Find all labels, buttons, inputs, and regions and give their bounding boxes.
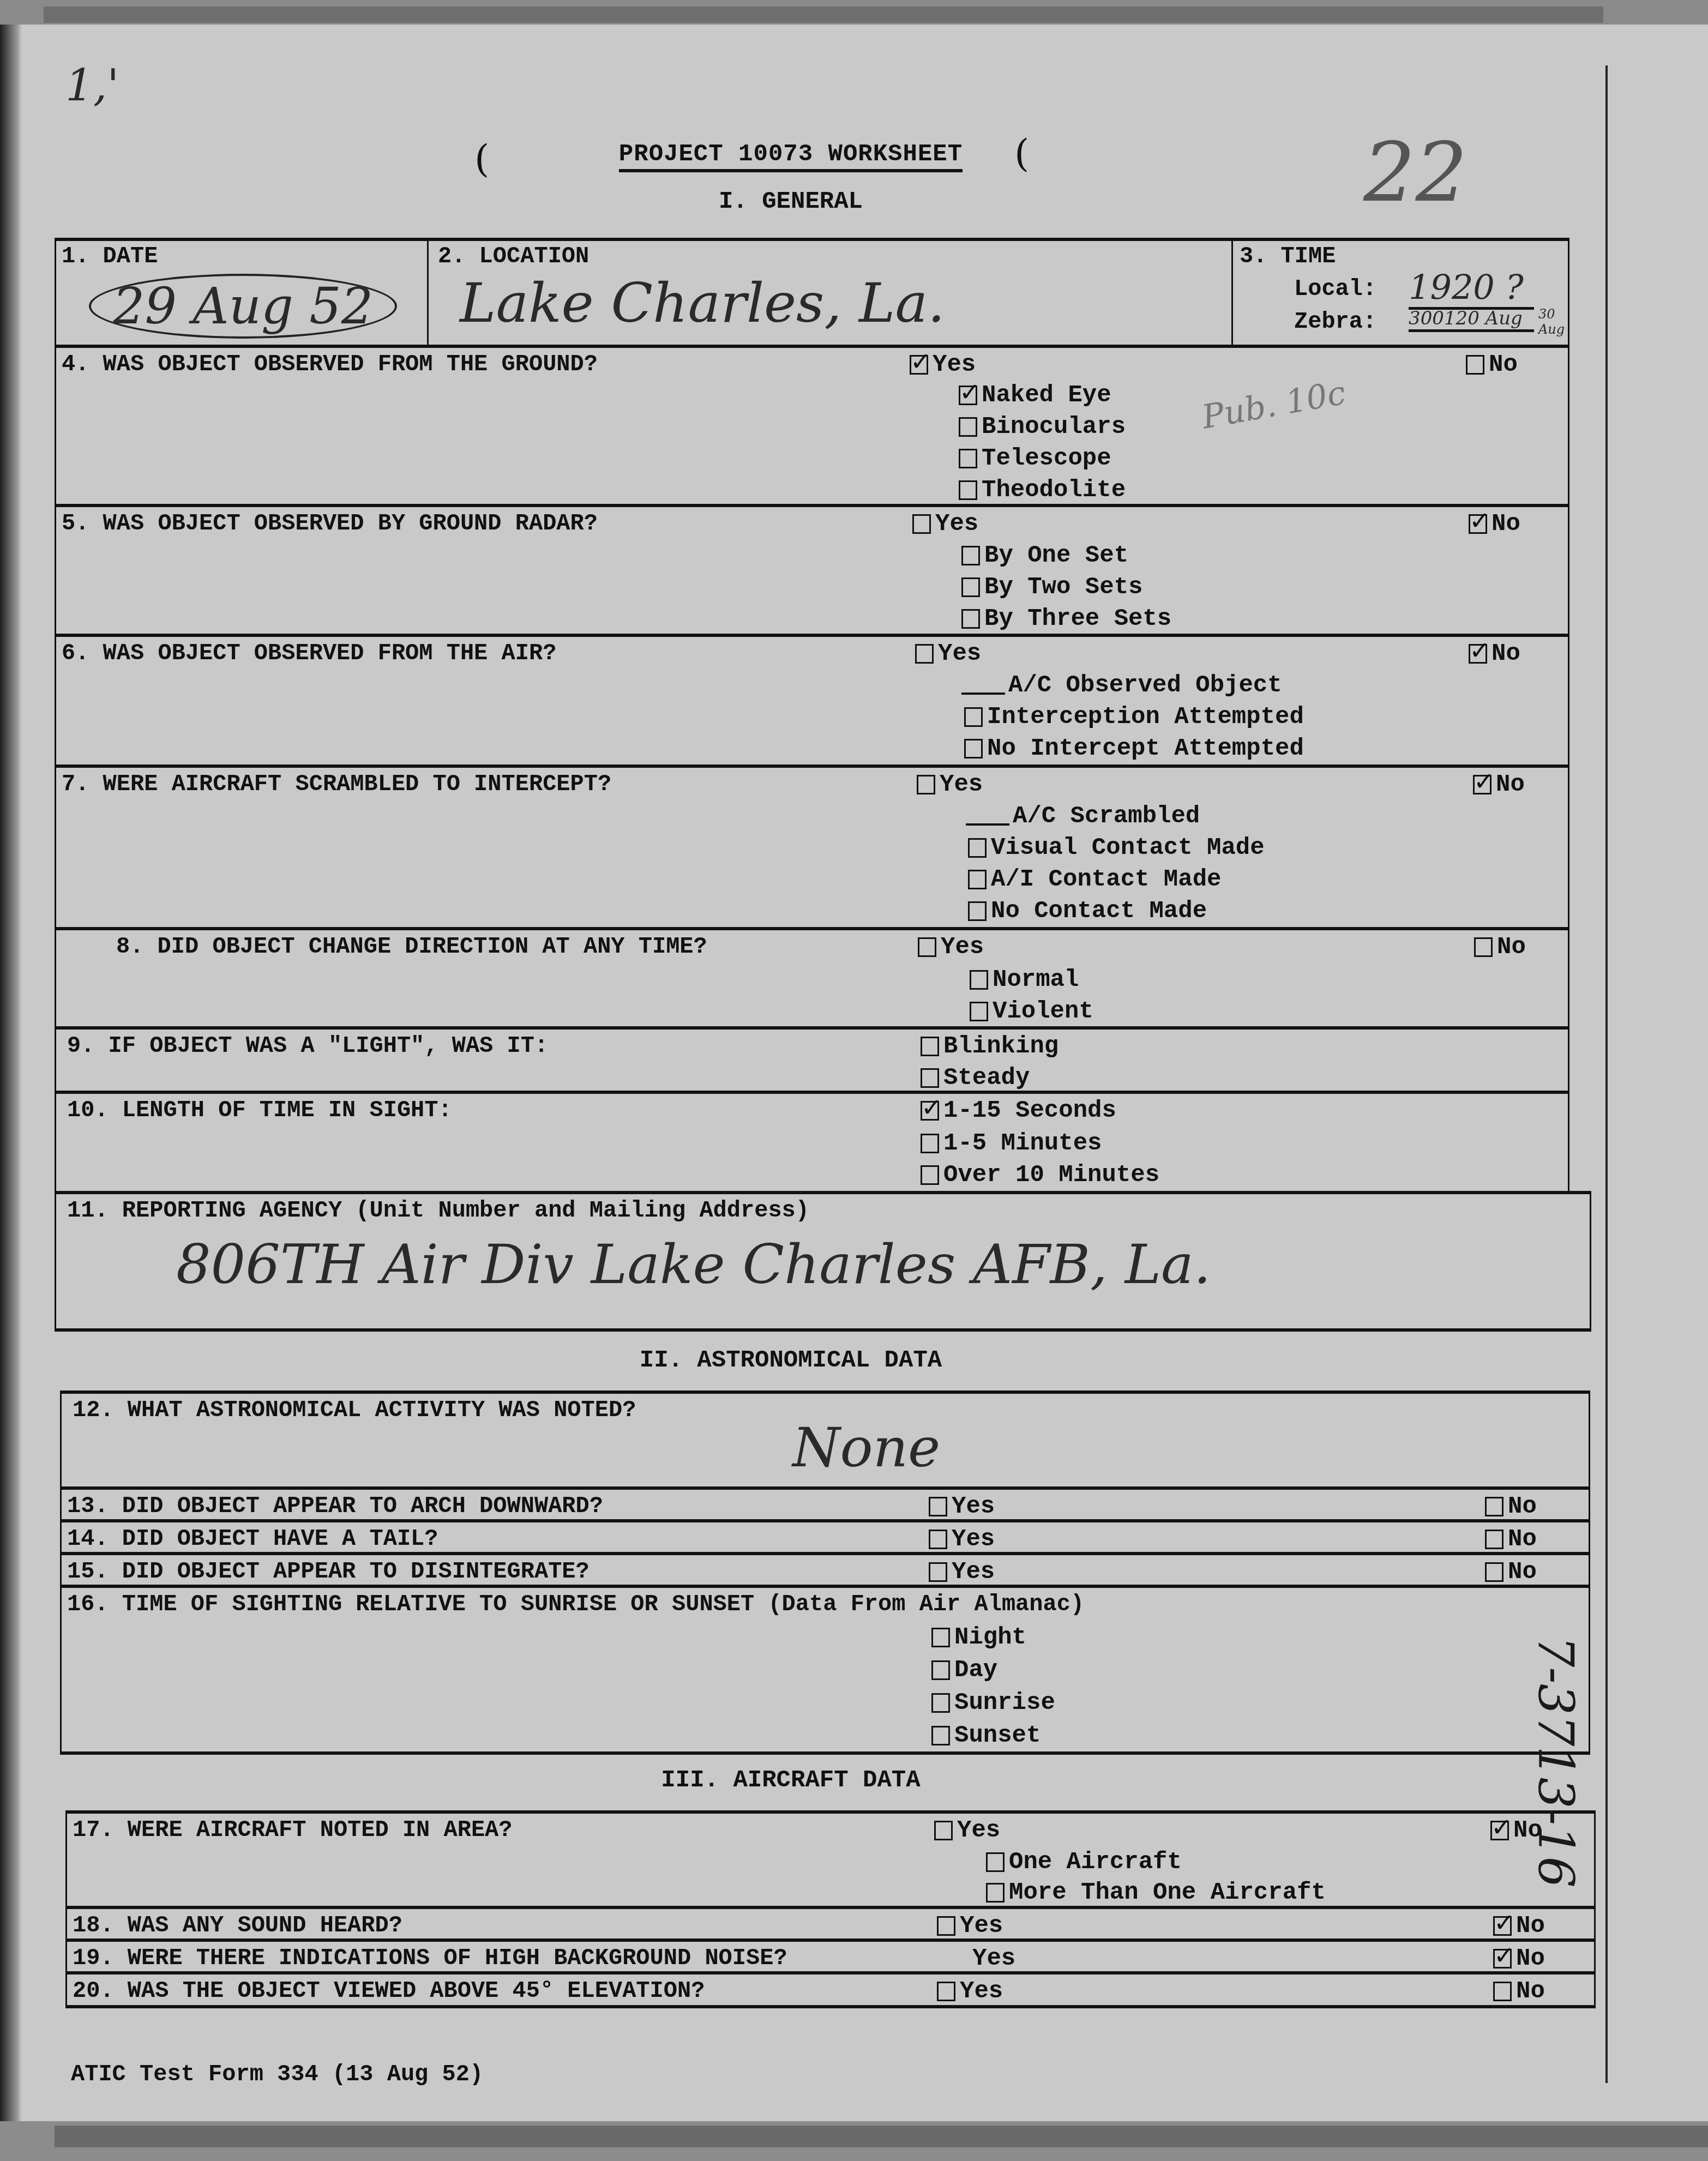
location-value[interactable]: Lake Charles, La. bbox=[460, 271, 945, 335]
q16-label: 16. TIME OF SIGHTING RELATIVE TO SUNRISE… bbox=[67, 1591, 1084, 1617]
checkbox-icon[interactable] bbox=[921, 1068, 939, 1088]
checkbox-checked-icon[interactable] bbox=[1473, 775, 1492, 794]
question-9: 9. IF OBJECT WAS A "LIGHT", WAS IT: Blin… bbox=[55, 1026, 1569, 1094]
q14-yes[interactable]: Yes bbox=[929, 1526, 995, 1553]
q4-no[interactable]: No bbox=[1466, 351, 1518, 378]
scan-left-edge bbox=[0, 25, 22, 2151]
q7-label: 7. WERE AIRCRAFT SCRAMBLED TO INTERCEPT? bbox=[62, 771, 611, 797]
question-10: 10. LENGTH OF TIME IN SIGHT: 1-15 Second… bbox=[55, 1091, 1569, 1194]
local-time-value[interactable]: 1920 ? bbox=[1409, 267, 1534, 310]
margin-initials: Pub. 10c bbox=[1199, 374, 1349, 436]
q7-visual-contact[interactable]: Visual Contact Made bbox=[968, 834, 1265, 862]
q4-binoculars[interactable]: Binoculars bbox=[959, 413, 1126, 441]
q11-label: 11. REPORTING AGENCY (Unit Number and Ma… bbox=[67, 1197, 809, 1224]
question-15: 15. DID OBJECT APPEAR TO DISINTEGRATE? Y… bbox=[60, 1552, 1590, 1588]
checkbox-icon[interactable] bbox=[1466, 355, 1484, 375]
q15-label: 15. DID OBJECT APPEAR TO DISINTEGRATE? bbox=[67, 1558, 590, 1585]
checkbox-icon[interactable] bbox=[959, 449, 977, 468]
q17-one-aircraft[interactable]: One Aircraft bbox=[986, 1849, 1182, 1876]
section-astronomical: II. ASTRONOMICAL DATA bbox=[0, 1347, 1581, 1374]
q9-steady[interactable]: Steady bbox=[921, 1064, 1030, 1092]
checkbox-icon[interactable] bbox=[921, 1134, 939, 1153]
q19-label: 19. WERE THERE INDICATIONS OF HIGH BACKG… bbox=[73, 1945, 787, 1971]
form-id: ATIC Test Form 334 (13 Aug 52) bbox=[71, 2061, 483, 2087]
question-14: 14. DID OBJECT HAVE A TAIL? Yes No bbox=[60, 1519, 1590, 1555]
checkbox-icon[interactable] bbox=[934, 1821, 953, 1840]
q13-label: 13. DID OBJECT APPEAR TO ARCH DOWNWARD? bbox=[67, 1493, 603, 1519]
page-right-edge bbox=[1605, 65, 1608, 2083]
checkbox-checked-icon[interactable] bbox=[1469, 644, 1487, 664]
date-value[interactable]: 29 Aug 52 bbox=[89, 274, 397, 339]
checkbox-icon[interactable] bbox=[1485, 1530, 1503, 1549]
q13-no[interactable]: No bbox=[1485, 1493, 1537, 1520]
checkbox-icon[interactable] bbox=[959, 480, 977, 500]
checkbox-checked-icon[interactable] bbox=[910, 355, 928, 375]
astronomical-activity-value[interactable]: None bbox=[792, 1416, 940, 1479]
q5-label: 5. WAS OBJECT OBSERVED BY GROUND RADAR? bbox=[62, 510, 598, 537]
q6-label: 6. WAS OBJECT OBSERVED FROM THE AIR? bbox=[62, 640, 556, 666]
checkbox-icon[interactable] bbox=[929, 1562, 947, 1582]
checkbox-checked-icon[interactable] bbox=[1493, 1949, 1512, 1969]
q7-no-contact[interactable]: No Contact Made bbox=[968, 898, 1207, 925]
checkbox-icon[interactable] bbox=[929, 1530, 947, 1549]
q10-1-15-seconds[interactable]: 1-15 Seconds bbox=[921, 1097, 1116, 1124]
q15-yes[interactable]: Yes bbox=[929, 1558, 995, 1586]
q19-yes[interactable]: Yes bbox=[972, 1945, 1015, 1972]
q16-sunset[interactable]: Sunset bbox=[931, 1722, 1041, 1749]
margin-reference-number: 7-3713-16 bbox=[1527, 1636, 1584, 1888]
reporting-agency-value[interactable]: 806TH Air Div Lake Charles AFB, La. bbox=[176, 1232, 1211, 1296]
checkbox-icon[interactable] bbox=[986, 1852, 1005, 1872]
checkbox-icon[interactable] bbox=[929, 1497, 947, 1516]
q14-label: 14. DID OBJECT HAVE A TAIL? bbox=[67, 1526, 438, 1552]
checkbox-icon[interactable] bbox=[931, 1726, 950, 1745]
general-info-box: 1. DATE 29 Aug 52 2. LOCATION Lake Charl… bbox=[55, 238, 1569, 348]
checkbox-icon[interactable] bbox=[921, 1037, 939, 1056]
q20-label: 20. WAS THE OBJECT VIEWED ABOVE 45° ELEV… bbox=[73, 1978, 705, 2004]
q14-no[interactable]: No bbox=[1485, 1526, 1537, 1553]
corner-mark: 1,' bbox=[65, 60, 119, 111]
question-17: 17. WERE AIRCRAFT NOTED IN AREA? Yes No … bbox=[65, 1810, 1596, 1909]
checkbox-icon[interactable] bbox=[937, 1982, 955, 2001]
question-16: 16. TIME OF SIGHTING RELATIVE TO SUNRISE… bbox=[60, 1585, 1590, 1755]
question-12: 12. WHAT ASTRONOMICAL ACTIVITY WAS NOTED… bbox=[60, 1390, 1590, 1490]
question-19: 19. WERE THERE INDICATIONS OF HIGH BACKG… bbox=[65, 1939, 1596, 1975]
checkbox-icon[interactable] bbox=[970, 970, 988, 990]
q8-violent[interactable]: Violent bbox=[970, 998, 1093, 1025]
q8-yes[interactable]: Yes bbox=[918, 934, 984, 961]
q12-label: 12. WHAT ASTRONOMICAL ACTIVITY WAS NOTED… bbox=[73, 1397, 636, 1423]
q18-yes[interactable]: Yes bbox=[937, 1912, 1003, 1940]
q19-no[interactable]: No bbox=[1493, 1945, 1545, 1972]
q5-two-sets[interactable]: By Two Sets bbox=[961, 574, 1142, 601]
q5-yes[interactable]: Yes bbox=[912, 510, 978, 538]
checkbox-icon[interactable] bbox=[937, 1916, 955, 1936]
q6-yes[interactable]: Yes bbox=[915, 640, 981, 667]
zebra-time-value[interactable]: 300120 Aug bbox=[1409, 308, 1534, 332]
section-general: I. GENERAL bbox=[0, 188, 1581, 215]
checkbox-icon[interactable] bbox=[921, 1165, 939, 1185]
q4-theodolite[interactable]: Theodolite bbox=[959, 477, 1126, 504]
q4-telescope[interactable]: Telescope bbox=[959, 445, 1111, 472]
checkbox-icon[interactable] bbox=[964, 707, 983, 727]
question-7: 7. WERE AIRCRAFT SCRAMBLED TO INTERCEPT?… bbox=[55, 765, 1569, 930]
q9-blinking[interactable]: Blinking bbox=[921, 1033, 1059, 1060]
q9-label: 9. IF OBJECT WAS A "LIGHT", WAS IT: bbox=[67, 1033, 548, 1059]
q7-ai-contact[interactable]: A/I Contact Made bbox=[968, 866, 1221, 893]
question-18: 18. WAS ANY SOUND HEARD? Yes No bbox=[65, 1906, 1596, 1942]
location-label: 2. LOCATION bbox=[438, 243, 589, 269]
checkbox-icon[interactable] bbox=[915, 644, 934, 664]
checkbox-icon[interactable] bbox=[912, 514, 931, 534]
question-8: 8. DID OBJECT CHANGE DIRECTION AT ANY TI… bbox=[55, 927, 1569, 1030]
q7-no[interactable]: No bbox=[1473, 771, 1525, 798]
checkbox-icon[interactable] bbox=[959, 417, 977, 437]
checkbox-checked-icon[interactable] bbox=[1469, 514, 1487, 534]
checkbox-icon[interactable] bbox=[968, 838, 987, 858]
time-label: 3. TIME bbox=[1240, 243, 1336, 269]
checkbox-checked-icon[interactable] bbox=[1493, 1916, 1512, 1936]
checkbox-icon[interactable] bbox=[1485, 1562, 1503, 1582]
q7-ac-scrambled[interactable]: A/C Scrambled bbox=[966, 803, 1200, 830]
checkbox-icon[interactable] bbox=[931, 1660, 950, 1680]
q10-1-5-minutes[interactable]: 1-5 Minutes bbox=[921, 1130, 1102, 1157]
checkbox-icon[interactable] bbox=[917, 775, 935, 794]
q4-label: 4. WAS OBJECT OBSERVED FROM THE GROUND? bbox=[62, 351, 598, 377]
blank-line[interactable] bbox=[961, 676, 1005, 695]
question-6: 6. WAS OBJECT OBSERVED FROM THE AIR? Yes… bbox=[55, 634, 1569, 768]
scan-top-edge bbox=[0, 0, 1708, 25]
q4-naked-eye[interactable]: Naked Eye bbox=[959, 382, 1111, 409]
q6-no[interactable]: No bbox=[1469, 640, 1520, 667]
q17-more-than-one[interactable]: More Than One Aircraft bbox=[986, 1879, 1326, 1906]
q17-label: 17. WERE AIRCRAFT NOTED IN AREA? bbox=[73, 1817, 513, 1843]
q8-normal[interactable]: Normal bbox=[970, 966, 1079, 994]
question-20: 20. WAS THE OBJECT VIEWED ABOVE 45° ELEV… bbox=[65, 1971, 1596, 2008]
q16-night[interactable]: Night bbox=[931, 1624, 1026, 1651]
q15-no[interactable]: No bbox=[1485, 1558, 1537, 1586]
q13-yes[interactable]: Yes bbox=[929, 1493, 995, 1520]
date-label: 1. DATE bbox=[62, 243, 158, 269]
zebra-note: 30 Aug bbox=[1538, 306, 1568, 337]
q6-interception-attempted[interactable]: Interception Attempted bbox=[964, 703, 1304, 731]
blank-line[interactable] bbox=[966, 807, 1009, 826]
checkbox-icon[interactable] bbox=[961, 546, 980, 565]
checkbox-icon[interactable] bbox=[1493, 1982, 1512, 2001]
q18-no[interactable]: No bbox=[1493, 1912, 1545, 1940]
q5-no[interactable]: No bbox=[1469, 510, 1520, 538]
q6-ac-observed[interactable]: A/C Observed Object bbox=[961, 672, 1282, 699]
q4-yes[interactable]: Yes bbox=[910, 351, 976, 378]
local-time-label: Local: bbox=[1294, 276, 1376, 302]
q20-yes[interactable]: Yes bbox=[937, 1978, 1003, 2005]
checkbox-icon[interactable] bbox=[961, 577, 980, 597]
question-5: 5. WAS OBJECT OBSERVED BY GROUND RADAR? … bbox=[55, 504, 1569, 637]
checkbox-icon[interactable] bbox=[970, 1002, 988, 1021]
q16-sunrise[interactable]: Sunrise bbox=[931, 1689, 1055, 1717]
q17-yes[interactable]: Yes bbox=[934, 1817, 1000, 1844]
q18-label: 18. WAS ANY SOUND HEARD? bbox=[73, 1912, 402, 1939]
q16-day[interactable]: Day bbox=[931, 1657, 997, 1684]
zebra-time-label: Zebra: bbox=[1294, 309, 1376, 335]
checkbox-checked-icon[interactable] bbox=[921, 1101, 939, 1121]
checkbox-icon[interactable] bbox=[968, 870, 987, 889]
checkbox-icon[interactable] bbox=[961, 609, 980, 629]
q5-three-sets[interactable]: By Three Sets bbox=[961, 605, 1171, 633]
checkbox-icon[interactable] bbox=[964, 739, 983, 759]
q20-no[interactable]: No bbox=[1493, 1978, 1545, 2005]
checkbox-icon[interactable] bbox=[968, 901, 987, 921]
worksheet-title: PROJECT 10073 WORKSHEET bbox=[0, 141, 1581, 168]
q5-one-set[interactable]: By One Set bbox=[961, 542, 1128, 569]
q10-over-10-minutes[interactable]: Over 10 Minutes bbox=[921, 1161, 1159, 1189]
checkbox-icon[interactable] bbox=[931, 1628, 950, 1647]
q7-yes[interactable]: Yes bbox=[917, 771, 983, 798]
checkbox-icon[interactable] bbox=[918, 937, 936, 957]
checkbox-checked-icon[interactable] bbox=[1490, 1821, 1509, 1840]
q8-no[interactable]: No bbox=[1474, 934, 1526, 961]
q10-label: 10. LENGTH OF TIME IN SIGHT: bbox=[67, 1097, 452, 1123]
section-aircraft: III. AIRCRAFT DATA bbox=[0, 1767, 1581, 1794]
paren-right: ( bbox=[1014, 131, 1029, 176]
scan-bottom-edge bbox=[0, 2121, 1708, 2161]
checkbox-icon[interactable] bbox=[986, 1883, 1005, 1903]
question-13: 13. DID OBJECT APPEAR TO ARCH DOWNWARD? … bbox=[60, 1486, 1590, 1522]
question-4: 4. WAS OBJECT OBSERVED FROM THE GROUND? … bbox=[55, 345, 1569, 507]
checkbox-icon[interactable] bbox=[931, 1693, 950, 1713]
checkbox-icon[interactable] bbox=[1474, 937, 1493, 957]
checkbox-icon[interactable] bbox=[1485, 1497, 1503, 1516]
checkbox-checked-icon[interactable] bbox=[959, 386, 977, 405]
q6-no-intercept[interactable]: No Intercept Attempted bbox=[964, 735, 1304, 762]
q8-label: 8. DID OBJECT CHANGE DIRECTION AT ANY TI… bbox=[116, 934, 707, 960]
question-11: 11. REPORTING AGENCY (Unit Number and Ma… bbox=[55, 1191, 1591, 1332]
